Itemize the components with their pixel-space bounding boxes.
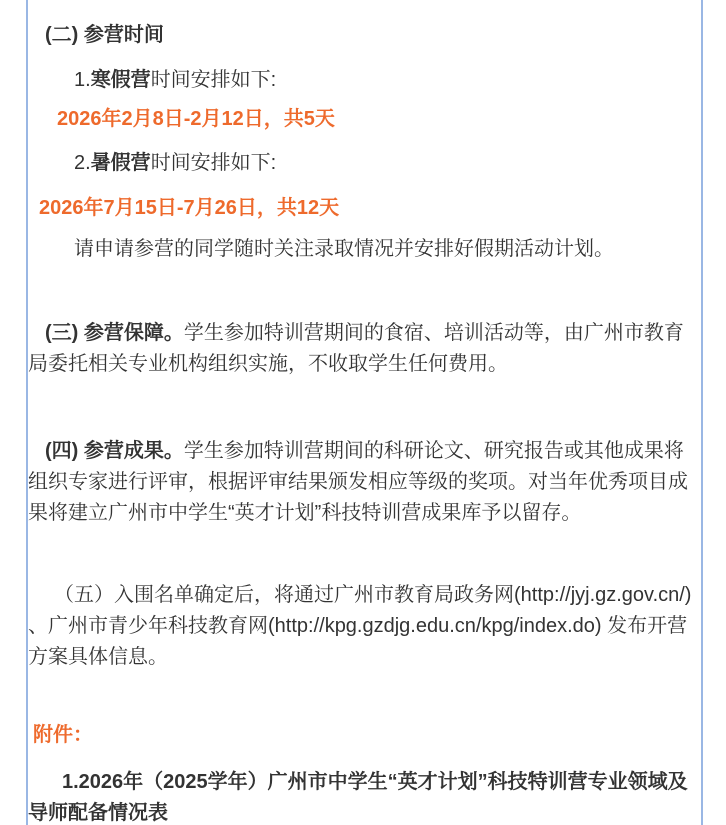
winter-camp-label-text: 时间安排如下: <box>151 69 277 91</box>
summer-camp-dates: 2026年7月15日-7月26日，共12天 <box>28 193 699 224</box>
section-5-announcement: （五）入围名单确定后，将通过广州市教育局政务网(http://jyj.gz.go… <box>28 580 699 673</box>
attachments-label: 附件： <box>28 720 699 751</box>
section-3-camp-support: (三) 参营保障。学生参加特训营期间的食宿、培训活动等，由广州市教育局委托相关专… <box>28 318 699 380</box>
article-frame: (二) 参营时间1.寒假营时间安排如下:2026年2月8日-2月12日，共5天2… <box>26 0 703 825</box>
document-body: (二) 参营时间1.寒假营时间安排如下:2026年2月8日-2月12日，共5天2… <box>28 20 701 825</box>
attachment-1-title: 1.2026年（2025学年）广州市中学生“英才计划”科技特训营专业领域及导师配… <box>28 767 699 825</box>
summer-camp-label-text: 时间安排如下: <box>151 152 277 174</box>
winter-camp-label: 1.寒假营时间安排如下: <box>28 65 699 96</box>
admission-reminder-text: 请申请参营的同学随时关注录取情况并安排好假期活动计划。 <box>74 238 614 260</box>
summer-camp-dates-text: 2026年7月15日-7月26日，共12天 <box>39 197 339 219</box>
winter-camp-label-text: 寒假营 <box>91 69 151 91</box>
summer-camp-label-text: 暑假营 <box>91 152 151 174</box>
summer-camp-label: 2.暑假营时间安排如下: <box>28 148 699 179</box>
winter-camp-dates: 2026年2月8日-2月12日，共5天 <box>28 104 699 135</box>
section-4-camp-results: (四) 参营成果。学生参加特训营期间的科研论文、研究报告或其他成果将组织专家进行… <box>28 436 699 529</box>
section-4-camp-results-text: (四) 参营成果。 <box>45 440 184 462</box>
summer-camp-label-text: 2. <box>74 152 91 174</box>
section-2-heading: (二) 参营时间 <box>28 20 699 51</box>
section-3-camp-support-text: (三) 参营保障。 <box>45 322 184 344</box>
attachment-1-title-text: 1.2026年（2025学年）广州市中学生“英才计划”科技特训营专业领域及导师配… <box>28 771 688 824</box>
section-2-heading-text: (二) 参营时间 <box>45 24 164 46</box>
section-5-announcement-text: （五）入围名单确定后，将通过广州市教育局政务网(http://jyj.gz.go… <box>28 584 697 668</box>
attachments-label-text: 附件： <box>33 724 93 746</box>
admission-reminder: 请申请参营的同学随时关注录取情况并安排好假期活动计划。 <box>28 234 699 265</box>
winter-camp-label-text: 1. <box>74 69 91 91</box>
winter-camp-dates-text: 2026年2月8日-2月12日，共5天 <box>57 108 335 130</box>
